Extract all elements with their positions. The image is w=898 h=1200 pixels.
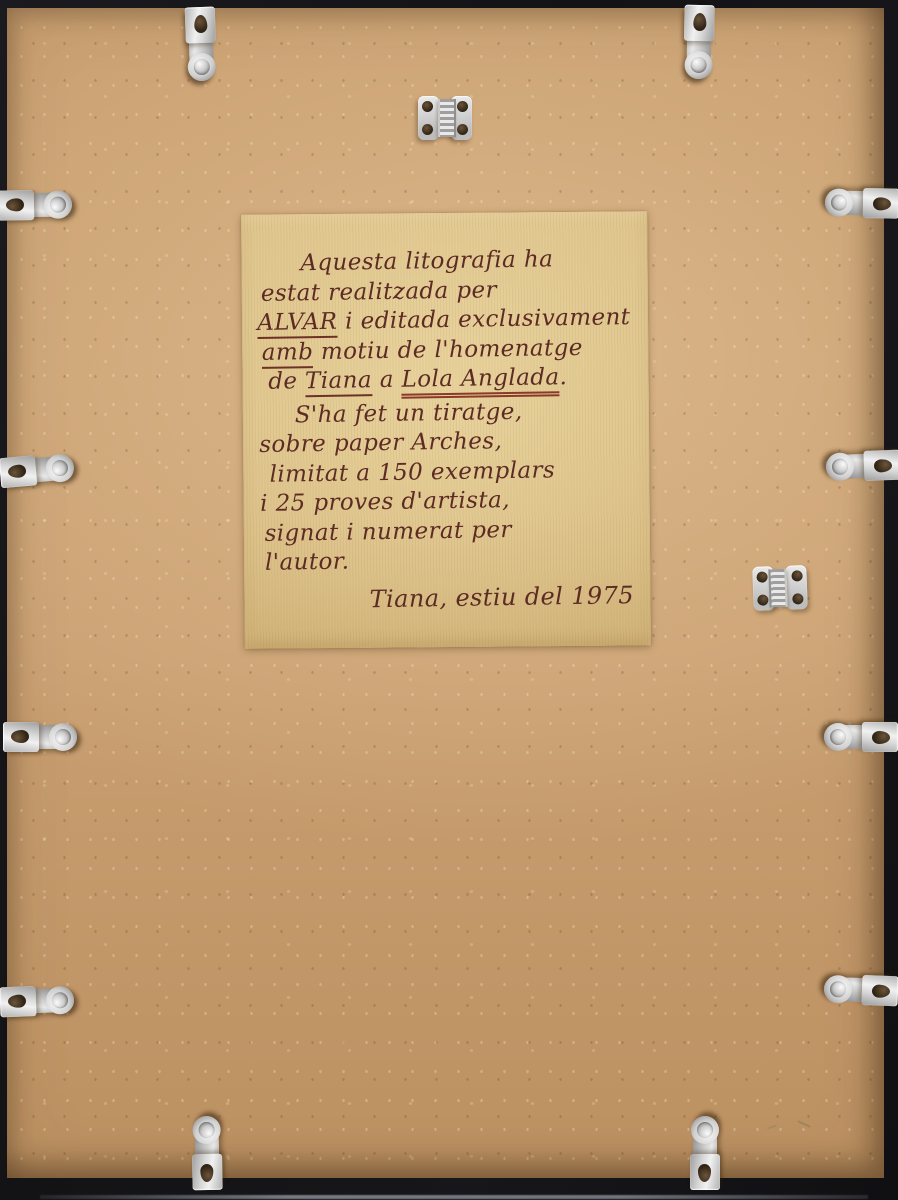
photo-frame-back: Aquesta litografia ha estat realitzada p… xyxy=(0,0,898,1200)
rivet xyxy=(55,729,71,745)
rivet xyxy=(830,729,846,745)
strap-hanger-clip xyxy=(0,189,76,220)
sawtooth-hinge-plate xyxy=(752,565,808,611)
strap-hanger-clip xyxy=(1,722,81,752)
hinge-hole xyxy=(422,101,433,112)
strap-hanger-clip xyxy=(690,1112,720,1192)
hinge-hole xyxy=(457,101,468,112)
strap-hanger-clip xyxy=(0,985,78,1018)
note-line: amb motiu de l'homenatge xyxy=(258,333,634,368)
strap-hanger-clip xyxy=(820,722,898,752)
strap-hanger-clip xyxy=(820,974,898,1007)
strap-hanger-clip xyxy=(191,1112,222,1193)
hinge-hole xyxy=(457,124,468,135)
note-date-line: Tiana, estiu del 1975 xyxy=(261,573,638,616)
strap-hanger-clip xyxy=(185,5,218,86)
teardrop-hole xyxy=(11,730,29,743)
rivet xyxy=(697,1122,713,1138)
pencil-mark xyxy=(767,1125,777,1130)
teardrop-hole xyxy=(6,198,24,211)
hinge-hole xyxy=(422,124,433,135)
strap-hanger-clip xyxy=(821,187,898,218)
strap-hanger-clip xyxy=(822,450,898,483)
teardrop-hole xyxy=(693,13,706,31)
frame-bottom-sheen xyxy=(40,1195,868,1199)
pencil-mark xyxy=(797,1120,811,1128)
edition-note-paper: Aquesta litografia ha estat realitzada p… xyxy=(241,211,651,649)
handwritten-note: Aquesta litografia ha estat realitzada p… xyxy=(256,244,638,616)
strap-hanger-clip xyxy=(683,3,714,84)
sawtooth-hinge-plate xyxy=(418,96,472,140)
teardrop-hole xyxy=(8,994,26,1008)
